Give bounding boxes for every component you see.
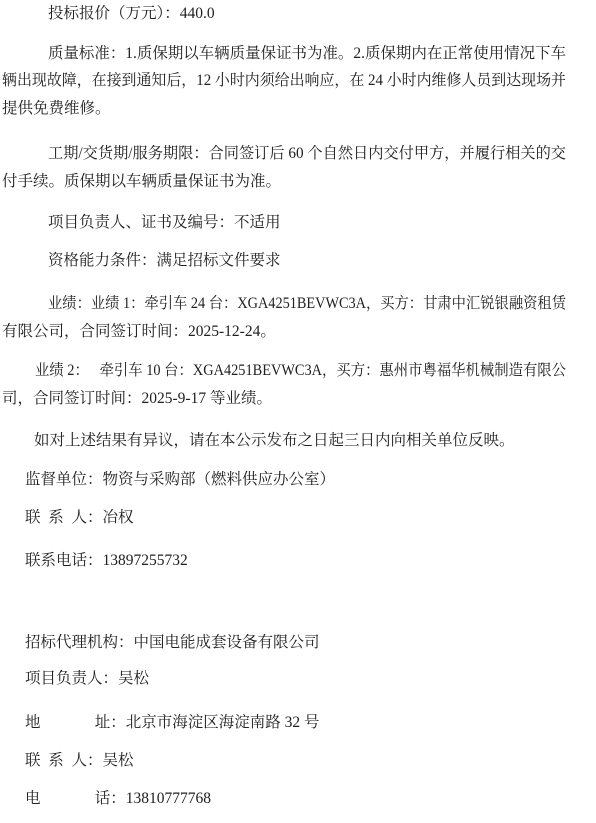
quality-standard-line-3: 提供免费维修。 xyxy=(2,101,111,117)
agency-manager-line: 项目负责人：吴松 xyxy=(25,671,149,687)
agency-phone-line: 电 话：13810777768 xyxy=(25,791,211,807)
document-page: 投标报价（万元）：440.0 质量标准：1.质保期以车辆质量保证书为准。2.质保… xyxy=(0,0,596,823)
delivery-period-line-1: 工期/交货期/服务期限：合同签订后 60 个自然日内交付甲方，并履行相关的交 xyxy=(48,146,566,162)
performance-1-line-2: 有限公司，合同签订时间：2025-12-24。 xyxy=(2,324,276,340)
qualification-line: 资格能力条件：满足招标文件要求 xyxy=(48,253,281,269)
objection-notice-line: 如对上述结果有异议，请在本公示发布之日起三日内向相关单位反映。 xyxy=(34,433,515,449)
supervisor-unit-line: 监督单位：物资与采购部（燃料供应办公室） xyxy=(25,472,335,488)
agency-address-line: 地 址：北京市海淀区海淀南路 32 号 xyxy=(25,715,320,731)
performance-2-line-2: 司，合同签订时间：2025-9-17 等业绩。 xyxy=(2,391,272,407)
supervisor-phone-line: 联系电话：13897255732 xyxy=(25,553,188,569)
performance-2-line-1: 业绩 2： 牵引车 10 台：XGA4251BEVWC3A，买方：惠州市粤福华机… xyxy=(35,363,566,379)
agency-contact-line: 联 系 人：吴松 xyxy=(25,753,134,769)
quality-standard-line-1: 质量标准：1.质保期以车辆质量保证书为准。2.质保期内在正常使用情况下车 xyxy=(48,46,566,62)
project-manager-cert-line: 项目负责人、证书及编号：不适用 xyxy=(48,215,281,231)
quality-standard-line-2: 辆出现故障，在接到通知后，12 小时内须给出响应，在 24 小时内维修人员到达现… xyxy=(2,73,566,89)
performance-1-line-1: 业绩：业绩 1：牵引车 24 台：XGA4251BEVWC3A，买方：甘肃中汇锐… xyxy=(48,296,566,312)
delivery-period-line-2: 付手续。质保期以车辆质量保证书为准。 xyxy=(2,174,281,190)
supervisor-contact-line: 联 系 人：冶权 xyxy=(25,510,134,526)
bid-price-line: 投标报价（万元）：440.0 xyxy=(48,6,215,22)
agency-name-line: 招标代理机构：中国电能成套设备有限公司 xyxy=(25,635,320,651)
